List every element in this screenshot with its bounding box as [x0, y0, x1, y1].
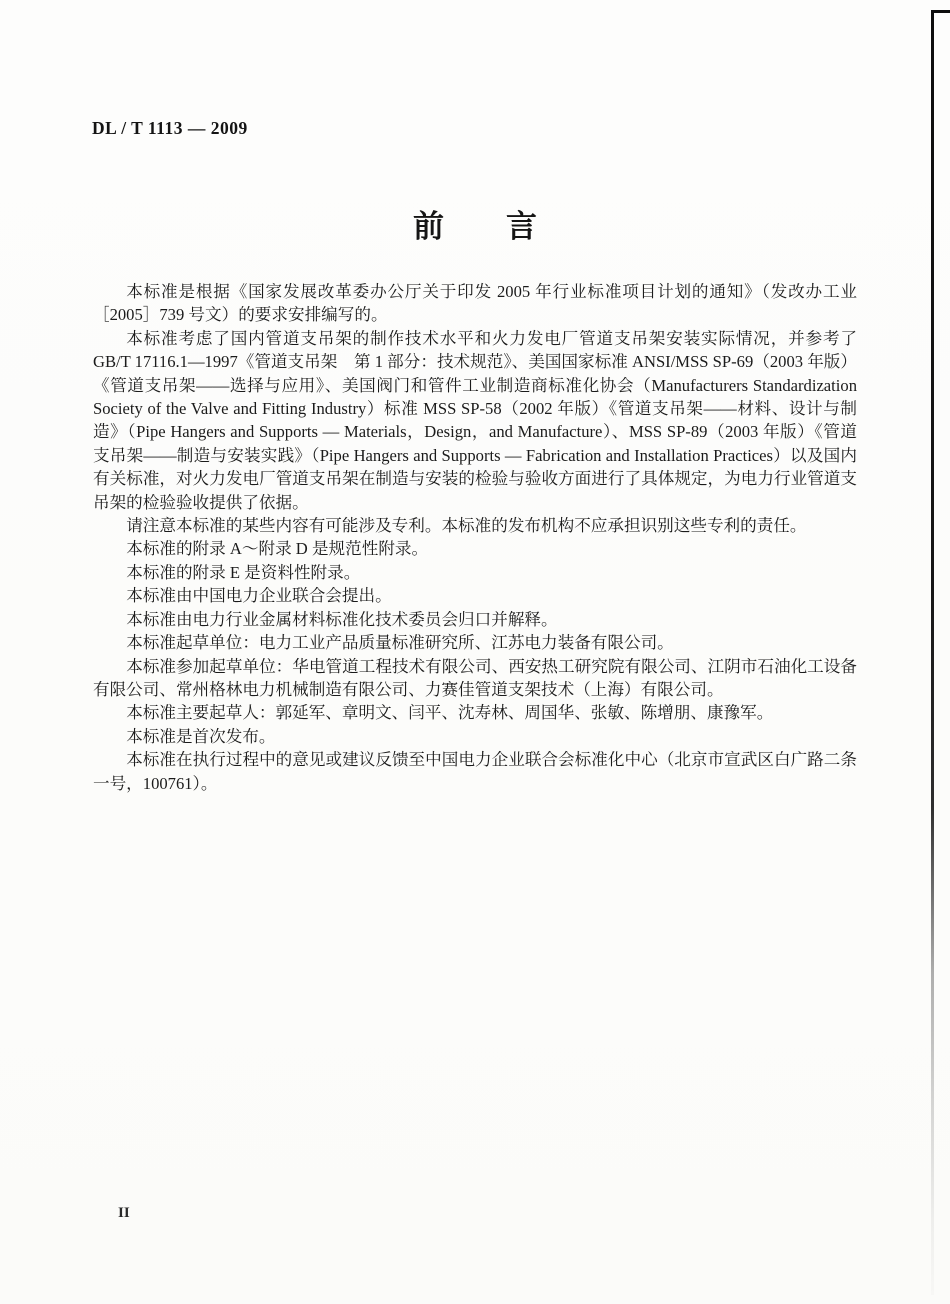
- standard-code-header: DL / T 1113 — 2009: [92, 118, 248, 139]
- paragraph: 本标准由中国电力企业联合会提出。: [93, 584, 857, 607]
- paragraph: 本标准由电力行业金属材料标准化技术委员会归口并解释。: [93, 608, 857, 631]
- paragraph: 本标准的附录 E 是资料性附录。: [93, 561, 857, 584]
- paragraph: 本标准主要起草人：郭延军、章明文、闫平、沈寿林、周国华、张敏、陈增朋、康豫军。: [93, 701, 857, 724]
- paragraph: 请注意本标准的某些内容有可能涉及专利。本标准的发布机构不应承担识别这些专利的责任…: [93, 514, 857, 537]
- paragraph: 本标准的附录 A～附录 D 是规范性附录。: [93, 537, 857, 560]
- paragraph: 本标准起草单位：电力工业产品质量标准研究所、江苏电力装备有限公司。: [93, 631, 857, 654]
- paragraph: 本标准在执行过程中的意见或建议反馈至中国电力企业联合会标准化中心（北京市宣武区白…: [93, 748, 857, 795]
- scan-edge-corner-line: [931, 10, 950, 13]
- page-number: II: [118, 1205, 130, 1222]
- foreword-body: 本标准是根据《国家发展改革委办公厅关于印发 2005 年行业标准项目计划的通知》…: [93, 280, 857, 795]
- paragraph: 本标准考虑了国内管道支吊架的制作技术水平和火力发电厂管道支吊架安装实际情况，并参…: [93, 327, 857, 514]
- paragraph: 本标准是首次发布。: [93, 725, 857, 748]
- paragraph: 本标准参加起草单位：华电管道工程技术有限公司、西安热工研究院有限公司、江阴市石油…: [93, 655, 857, 702]
- paragraph: 本标准是根据《国家发展改革委办公厅关于印发 2005 年行业标准项目计划的通知》…: [93, 280, 857, 327]
- document-page: DL / T 1113 — 2009 前 言 本标准是根据《国家发展改革委办公厅…: [0, 0, 950, 1304]
- page-title: 前 言: [0, 201, 950, 246]
